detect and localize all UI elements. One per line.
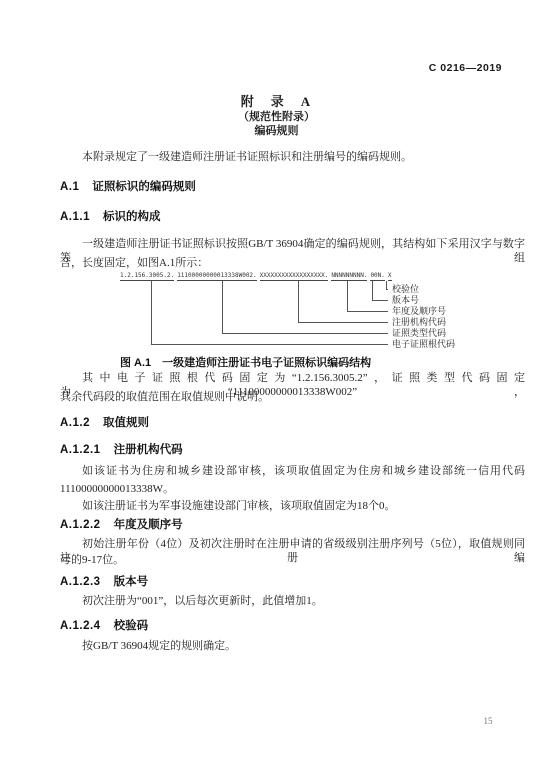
leader-line: [298, 322, 388, 323]
leader-line: [372, 300, 388, 301]
section-heading-a123: A.1.2.3版本号: [60, 573, 525, 589]
section-heading-a11: A.1.1标识的构成: [60, 208, 525, 224]
code-segment-type: 11100000000013338W002.: [177, 272, 256, 281]
segment-label-year-seq: 年度及顺序号: [392, 306, 446, 316]
code-segment-root: 1.2.156.3005.2.: [120, 272, 174, 281]
leader-line: [298, 281, 299, 322]
paragraph-line: 11100000000013338W。: [60, 482, 525, 496]
intro-paragraph: 本附录规定了一级建造师注册证书证照标识和注册编号的编码规则。: [60, 150, 525, 164]
paragraph-line: 初次注册为“001”，以后每次更新时，此值增加1。: [60, 594, 525, 608]
section-number: A.1.2.2: [60, 519, 101, 531]
section-heading-a121: A.1.2.1注册机构代码: [60, 441, 525, 457]
leader-line: [347, 281, 348, 311]
section-number: A.1.2.1: [60, 444, 101, 456]
segment-label-check: 校验位: [392, 284, 419, 294]
doc-code: C 0216—2019: [60, 62, 502, 74]
figure-encoding-structure: 1.2.156.3005.2. 11100000000013338W002. X…: [0, 270, 553, 356]
section-number: A.1: [60, 181, 79, 193]
appendix-title-block: 附 录 A （规范性附录） 编码规则: [0, 94, 553, 138]
appendix-subject: 编码规则: [0, 125, 553, 138]
appendix-heading: 附 录 A: [0, 94, 553, 110]
leader-line: [372, 281, 373, 300]
page-number: 15: [478, 716, 498, 726]
section-title: 版本号: [114, 576, 149, 588]
code-segment-year-seq: NNNNNNNNN.: [331, 272, 367, 281]
paragraph-line: 如该证书为住房和城乡建设部审核，该项取值固定为住房和城乡建设部统一信用代码: [60, 464, 525, 478]
section-heading-a122: A.1.2.2年度及顺序号: [60, 516, 525, 532]
paragraph-line: 其余代码段的取值范围在取值规则中说明。: [60, 390, 525, 404]
section-title: 年度及顺序号: [114, 519, 183, 531]
code-segment-authority: XXXXXXXXXXXXXXXXXX.: [260, 272, 329, 281]
appendix-normative-note: （规范性附录）: [0, 111, 553, 124]
leader-line: [151, 281, 152, 344]
segment-label-root: 电子证照根代码: [392, 339, 455, 349]
section-number: A.1.2: [60, 417, 90, 429]
paragraph-line: 按GB/T 36904规定的规则确定。: [60, 639, 525, 653]
section-heading-a1: A.1证照标识的编码规则: [60, 178, 525, 194]
code-segment-version: 00N.: [370, 272, 384, 281]
paragraph-line: 合，长度固定，如图A.1所示：: [60, 256, 525, 270]
segment-label-version: 版本号: [392, 295, 419, 305]
leader-line: [347, 311, 388, 312]
leader-line: [386, 281, 387, 289]
section-title: 证照标识的编码规则: [92, 181, 196, 193]
leader-line: [151, 344, 388, 345]
leader-line: [386, 289, 388, 290]
segment-label-type: 证照类型代码: [392, 328, 446, 338]
paragraph-line: 号的9-17位。: [60, 553, 525, 567]
section-title: 取值规则: [103, 417, 149, 429]
leader-line: [222, 333, 388, 334]
section-number: A.1.2.3: [60, 576, 101, 588]
figure-caption: 图 A.1 一级建造师注册证书电子证照标识编码结构: [120, 354, 371, 370]
leader-line: [222, 281, 223, 333]
section-title: 标识的构成: [103, 211, 161, 223]
section-title: 校验码: [114, 620, 149, 632]
section-heading-a12: A.1.2取值规则: [60, 414, 525, 430]
paragraph-line: 如该注册证书为军事设施建设部门审核，该项取值固定为18个0。: [60, 499, 525, 513]
section-number: A.1.1: [60, 211, 90, 223]
document-page: C 0216—2019 附 录 A （规范性附录） 编码规则 本附录规定了一级建…: [0, 0, 553, 782]
section-title: 注册机构代码: [114, 444, 183, 456]
code-string: 1.2.156.3005.2. 11100000000013338W002. X…: [120, 272, 392, 281]
code-segment-check: X: [388, 272, 392, 281]
segment-label-authority: 注册机构代码: [392, 317, 446, 327]
section-number: A.1.2.4: [60, 620, 101, 632]
section-heading-a124: A.1.2.4校验码: [60, 617, 525, 633]
